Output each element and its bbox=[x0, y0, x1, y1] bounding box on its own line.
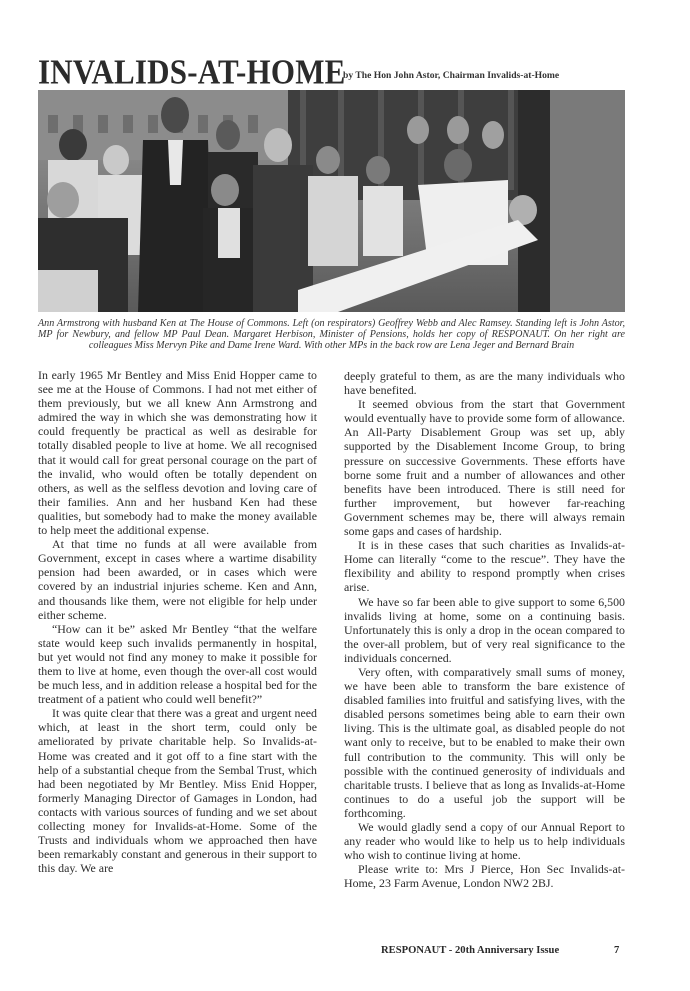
photograph-icon bbox=[38, 90, 625, 312]
footer-publication: RESPONAUT - 20th Anniversary Issue bbox=[381, 945, 559, 956]
paragraph: We would gladly send a copy of our Annua… bbox=[344, 820, 625, 862]
page-number: 7 bbox=[614, 945, 619, 956]
group-photograph bbox=[38, 90, 625, 312]
paragraph: In early 1965 Mr Bentley and Miss Enid H… bbox=[38, 368, 317, 537]
article-byline: by The Hon John Astor, Chairman Invalids… bbox=[343, 70, 559, 81]
article-title: INVALIDS-AT-HOME bbox=[38, 52, 346, 92]
paragraph: It seemed obvious from the start that Go… bbox=[344, 397, 625, 538]
paragraph: “How can it be” asked Mr Bentley “that t… bbox=[38, 622, 317, 707]
paragraph: We have so far been able to give support… bbox=[344, 595, 625, 665]
body-column-right: deeply grateful to them, as are the many… bbox=[344, 369, 625, 890]
paragraph: Please write to: Mrs J Pierce, Hon Sec I… bbox=[344, 862, 625, 890]
photo-caption: Ann Armstrong with husband Ken at The Ho… bbox=[38, 318, 625, 351]
paragraph: deeply grateful to them, as are the many… bbox=[344, 369, 625, 397]
magazine-page: INVALIDS-AT-HOME by The Hon John Astor, … bbox=[0, 0, 690, 991]
paragraph: It is in these cases that such charities… bbox=[344, 538, 625, 594]
paragraph: Very often, with comparatively small sum… bbox=[344, 665, 625, 820]
paragraph: At that time no funds at all were availa… bbox=[38, 537, 317, 622]
body-column-left: In early 1965 Mr Bentley and Miss Enid H… bbox=[38, 368, 317, 875]
paragraph: It was quite clear that there was a grea… bbox=[38, 706, 317, 875]
